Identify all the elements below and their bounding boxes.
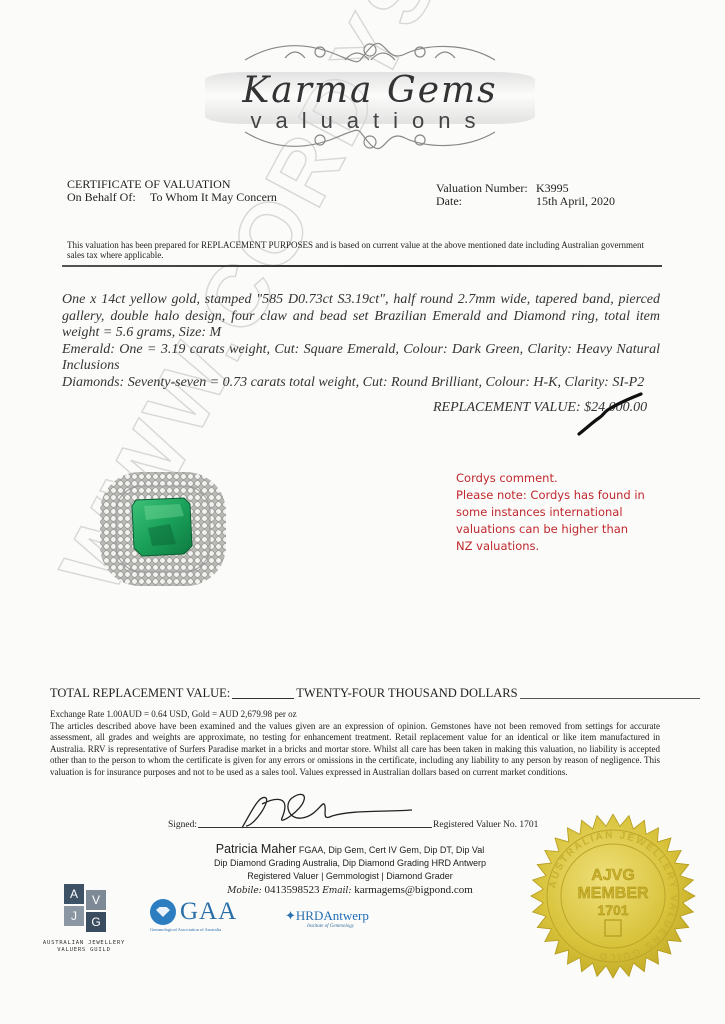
diamond-icon xyxy=(150,899,176,925)
divider xyxy=(62,265,662,267)
hrd-caption: Institute of Gemmology xyxy=(307,924,369,929)
gaa-text: GAA xyxy=(180,898,237,926)
seal-line-1: AJVG xyxy=(591,867,635,884)
gaa-logo: GAA Gemmological Association of Australi… xyxy=(150,898,290,932)
valuer-roles: Registered Valuer | Gemmologist | Diamon… xyxy=(180,870,520,883)
purpose-notice: This valuation has been prepared for REP… xyxy=(67,240,657,260)
exchange-rate: Exchange Rate 1.00AUD = 0.64 USD, Gold =… xyxy=(50,709,660,721)
total-label: TOTAL REPLACEMENT VALUE: xyxy=(50,686,230,701)
scribble-mark-icon xyxy=(575,392,645,438)
ajvg-letter-a: A xyxy=(64,884,84,904)
gaa-caption: Gemmological Association of Australia xyxy=(150,927,290,932)
ajvg-member-seal: AUSTRALIAN JEWELLERY VALUERS GUILD AJVG … xyxy=(528,814,698,979)
disclaimer: The articles described above have been e… xyxy=(50,721,660,779)
certificate-header-right: Valuation Number: K3995 Date: 15th April… xyxy=(436,182,615,208)
signed-label: Signed: xyxy=(168,820,197,830)
valuer-details: Patricia Maher FGAA, Dip Gem, Cert IV Ge… xyxy=(180,843,520,898)
date-label: Date: xyxy=(436,195,536,208)
registered-valuer-number: Registered Valuer No. 1701 xyxy=(433,820,538,830)
comment-title: Cordys comment. xyxy=(456,470,646,487)
ajvg-caption-2: VALUERS GUILD xyxy=(34,947,134,954)
mobile-label: Mobile: xyxy=(227,886,262,896)
on-behalf-value: To Whom It May Concern xyxy=(150,191,277,204)
ajvg-letter-j: J xyxy=(64,906,84,926)
seal-line-3: 1701 xyxy=(597,902,628,918)
signature-line: Signed: Registered Valuer No. 1701 xyxy=(168,820,538,830)
hrd-prefix: HRD xyxy=(296,908,323,923)
total-value: TWENTY-FOUR THOUSAND DOLLARS xyxy=(296,686,517,701)
valuer-qualifications: FGAA, Dip Gem, Cert IV Gem, Dip DT, Dip … xyxy=(299,845,484,855)
hrd-suffix: Antwerp xyxy=(323,908,369,923)
valuer-name: Patricia Maher xyxy=(216,842,297,856)
item-description: One x 14ct yellow gold, stamped "585 D0.… xyxy=(62,292,660,391)
logo-script-title: Karma Gems xyxy=(195,70,545,111)
fine-print: Exchange Rate 1.00AUD = 0.64 USD, Gold =… xyxy=(50,709,660,778)
item-details: One x 14ct yellow gold, stamped "585 D0.… xyxy=(62,292,660,342)
seal-line-2: MEMBER xyxy=(577,885,649,902)
ornament-top-icon xyxy=(235,38,505,66)
comment-body: Please note: Cordys has found in some in… xyxy=(456,487,646,555)
star-icon: ✦ xyxy=(285,908,296,923)
ring-photo xyxy=(96,466,238,594)
valuer-qualifications-2: Dip Diamond Grading Australia, Dip Diamo… xyxy=(180,857,520,870)
ajvg-caption-1: AUSTRALIAN JEWELLERY xyxy=(34,940,134,947)
mobile-number[interactable]: 0413598523 xyxy=(264,884,319,896)
date-value: 15th April, 2020 xyxy=(536,195,615,208)
cordys-comment: Cordys comment. Please note: Cordys has … xyxy=(456,470,646,555)
emerald-details: Emerald: One = 3.19 carats weight, Cut: … xyxy=(62,342,660,375)
company-logo: Karma Gems valuations xyxy=(195,38,545,150)
total-replacement-value: TOTAL REPLACEMENT VALUE: TWENTY-FOUR THO… xyxy=(50,686,700,701)
ajvg-letter-v: V xyxy=(86,890,106,910)
email-label: Email: xyxy=(322,886,351,896)
email-address[interactable]: karmagems@bigpond.com xyxy=(354,884,473,896)
hrd-logo: ✦HRDAntwerp Institute of Gemmology xyxy=(285,908,369,929)
ajvg-letter-g: G xyxy=(86,912,106,932)
ajvg-logo: A V J G AUSTRALIAN JEWELLERYVALUERS GUIL… xyxy=(34,884,134,954)
on-behalf-label: On Behalf Of: xyxy=(67,191,150,204)
certificate-header-left: CERTIFICATE OF VALUATION On Behalf Of: T… xyxy=(67,178,277,204)
ornament-bottom-icon xyxy=(235,126,505,154)
diamond-details: Diamonds: Seventy-seven = 0.73 carats to… xyxy=(62,375,660,392)
